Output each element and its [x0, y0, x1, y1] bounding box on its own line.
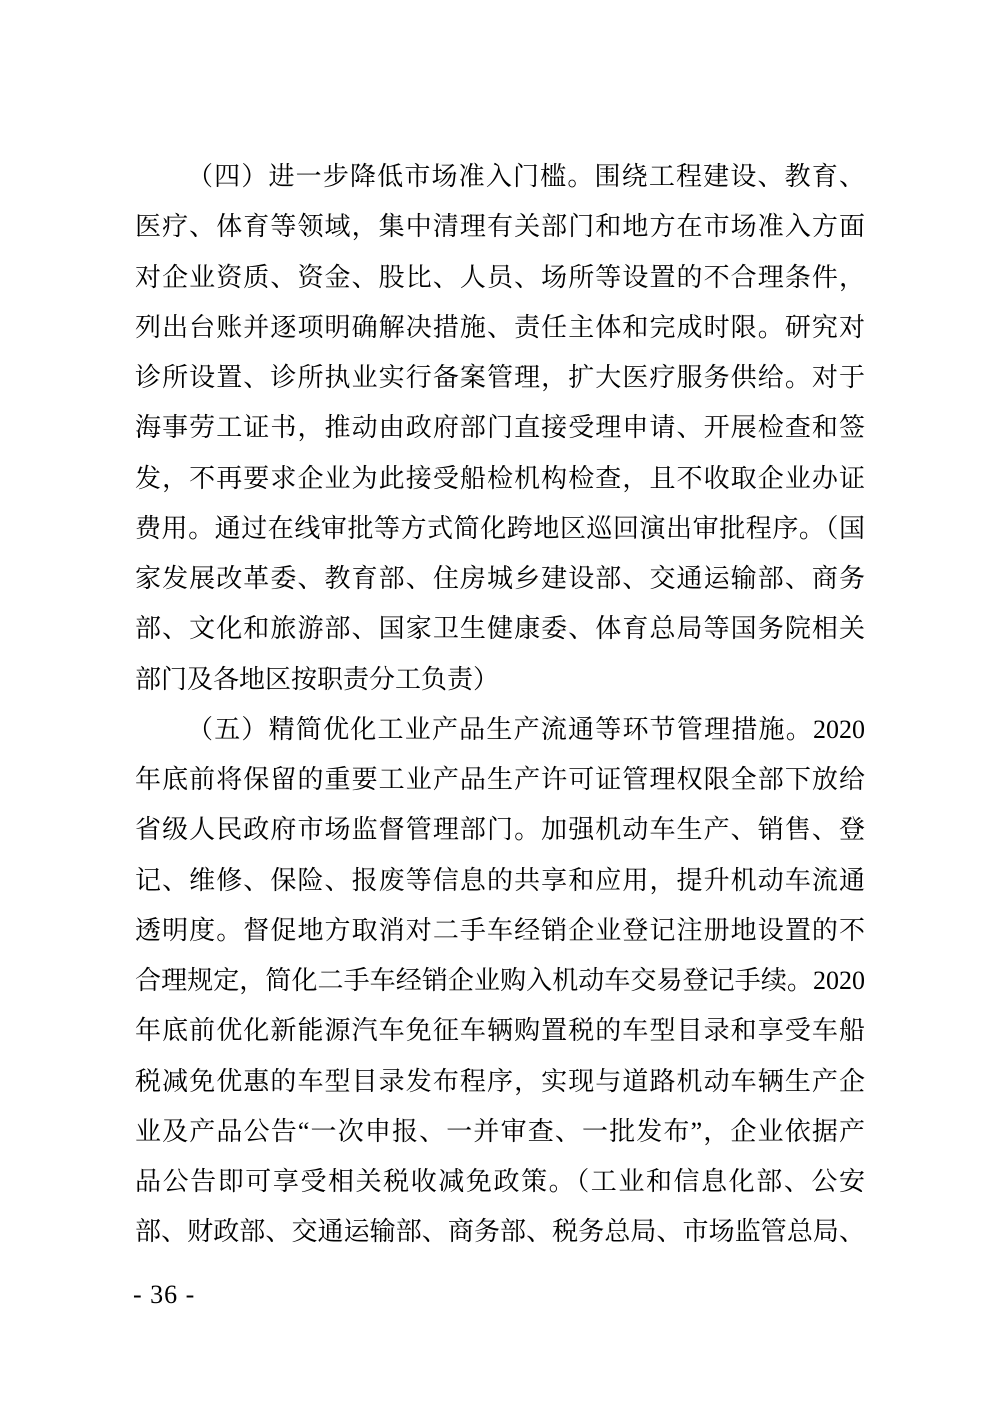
text-line: 家发展改革委、教育部、住房城乡建设部、交通运输部、商务: [135, 554, 865, 604]
text-line: 记、维修、保险、报废等信息的共享和应用，提升机动车流通: [135, 856, 865, 906]
text-line: 部、文化和旅游部、国家卫生健康委、体育总局等国务院相关: [135, 604, 865, 654]
text-line: 年底前优化新能源汽车免征车辆购置税的车型目录和享受车船: [135, 1006, 865, 1056]
text-line: 合理规定，简化二手车经销企业购入机动车交易登记手续。2020: [135, 956, 865, 1006]
text-line: 对企业资质、资金、股比、人员、场所等设置的不合理条件，: [135, 253, 865, 303]
text-line: 诊所设置、诊所执业实行备案管理，扩大医疗服务供给。对于: [135, 353, 865, 403]
text-line: 税减免优惠的车型目录发布程序，实现与道路机动车辆生产企: [135, 1057, 865, 1107]
text-line: 海事劳工证书，推动由政府部门直接受理申请、开展检查和签: [135, 403, 865, 453]
text-line: （四）进一步降低市场准入门槛。围绕工程建设、教育、: [135, 152, 865, 202]
text-line: 透明度。督促地方取消对二手车经销企业登记注册地设置的不: [135, 906, 865, 956]
text-line: 列出台账并逐项明确解决措施、责任主体和完成时限。研究对: [135, 303, 865, 353]
text-line: （五）精简优化工业产品生产流通等环节管理措施。2020: [135, 705, 865, 755]
text-line: 费用。通过在线审批等方式简化跨地区巡回演出审批程序。（国: [135, 504, 865, 554]
text-line: 业及产品公告“一次申报、一并审查、一批发布”，企业依据产: [135, 1107, 865, 1157]
document-page: （四）进一步降低市场准入门槛。围绕工程建设、教育、 医疗、体育等领域，集中清理有…: [0, 0, 1000, 1414]
text-line: 年底前将保留的重要工业产品生产许可证管理权限全部下放给: [135, 755, 865, 805]
text-line: 部门及各地区按职责分工负责）: [135, 655, 865, 705]
text-line: 部、财政部、交通运输部、商务部、税务总局、市场监管总局、: [135, 1207, 865, 1257]
text-line: 品公告即可享受相关税收减免政策。（工业和信息化部、公安: [135, 1157, 865, 1207]
text-line: 省级人民政府市场监督管理部门。加强机动车生产、销售、登: [135, 805, 865, 855]
document-body: （四）进一步降低市场准入门槛。围绕工程建设、教育、 医疗、体育等领域，集中清理有…: [135, 152, 865, 1258]
text-line: 发，不再要求企业为此接受船检机构检查，且不收取企业办证: [135, 454, 865, 504]
text-line: 医疗、体育等领域，集中清理有关部门和地方在市场准入方面: [135, 202, 865, 252]
page-number: - 36 -: [133, 1280, 195, 1310]
